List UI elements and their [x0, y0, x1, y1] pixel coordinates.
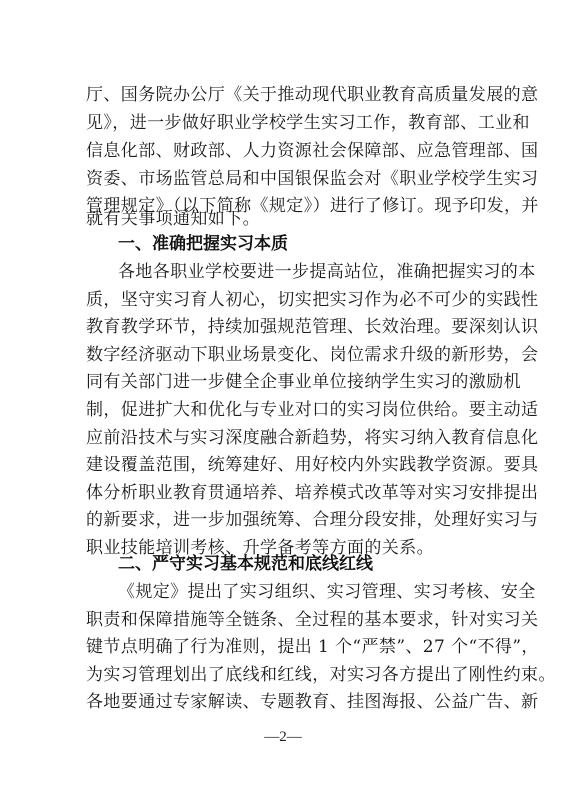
- body-line-first: 各地各职业学校要进一步提高站位，准确把握实习的本: [118, 258, 480, 286]
- body-line: 职责和保障措施等全链条、全过程的基本要求，针对实习关: [86, 606, 480, 634]
- body-line-end: 就有关事项通知如下。: [86, 205, 480, 233]
- body-line: 教育教学环节，持续加强规范管理、长效治理。要深刻认识: [86, 313, 480, 341]
- body-line: 资委、市场监管总局和中国银保监会对《职业学校学生实习: [86, 165, 480, 193]
- body-line: 见》，进一步做好职业学校学生实习工作，教育部、工业和: [86, 109, 480, 137]
- page-number: —2—: [0, 726, 566, 748]
- body-line: 数字经济驱动下职业场景变化、岗位需求升级的新形势，会: [86, 341, 480, 369]
- body-line: 质，坚守实习育人初心，切实把实习作为必不可少的实践性: [86, 286, 480, 314]
- section-heading-1: 一、准确把握实习本质: [118, 230, 288, 258]
- body-line: 应前沿技术与实习深度融合新趋势，将实习纳入教育信息化: [86, 424, 480, 452]
- document-page: 厅、国务院办公厅《关于推动现代职业教育高质量发展的意 见》，进一步做好职业学校学…: [0, 0, 566, 800]
- body-line: 的新要求，进一步加强统筹、合理分段安排，处理好实习与: [86, 506, 480, 534]
- body-line: 信息化部、财政部、人力资源社会保障部、应急管理部、国: [86, 137, 480, 165]
- section-heading-2: 二、严守实习基本规范和底线红线: [118, 550, 373, 578]
- body-line: 各地要通过专家解读、专题教育、挂图海报、公益广告、新: [86, 688, 480, 716]
- body-line: 制，促进扩大和优化与专业对口的实习岗位供给。要主动适: [86, 396, 480, 424]
- body-line: 同有关部门进一步健全企事业单位接纳学生实习的激励机: [86, 368, 480, 396]
- body-line-first: 《规定》提出了实习组织、实习管理、实习考核、安全: [118, 578, 480, 606]
- body-line: 体分析职业教育贯通培养、培养模式改革等对实习安排提出: [86, 479, 480, 507]
- body-line: 为实习管理划出了底线和红线，对实习各方提出了刚性约束。: [86, 661, 480, 689]
- body-line: 厅、国务院办公厅《关于推动现代职业教育高质量发展的意: [86, 81, 480, 109]
- body-line: 键节点明确了行为准则，提出 1 个“严禁”、27 个“不得”，: [86, 633, 480, 661]
- body-line: 建设覆盖范围，统筹建好、用好校内外实践教学资源。要具: [86, 451, 480, 479]
